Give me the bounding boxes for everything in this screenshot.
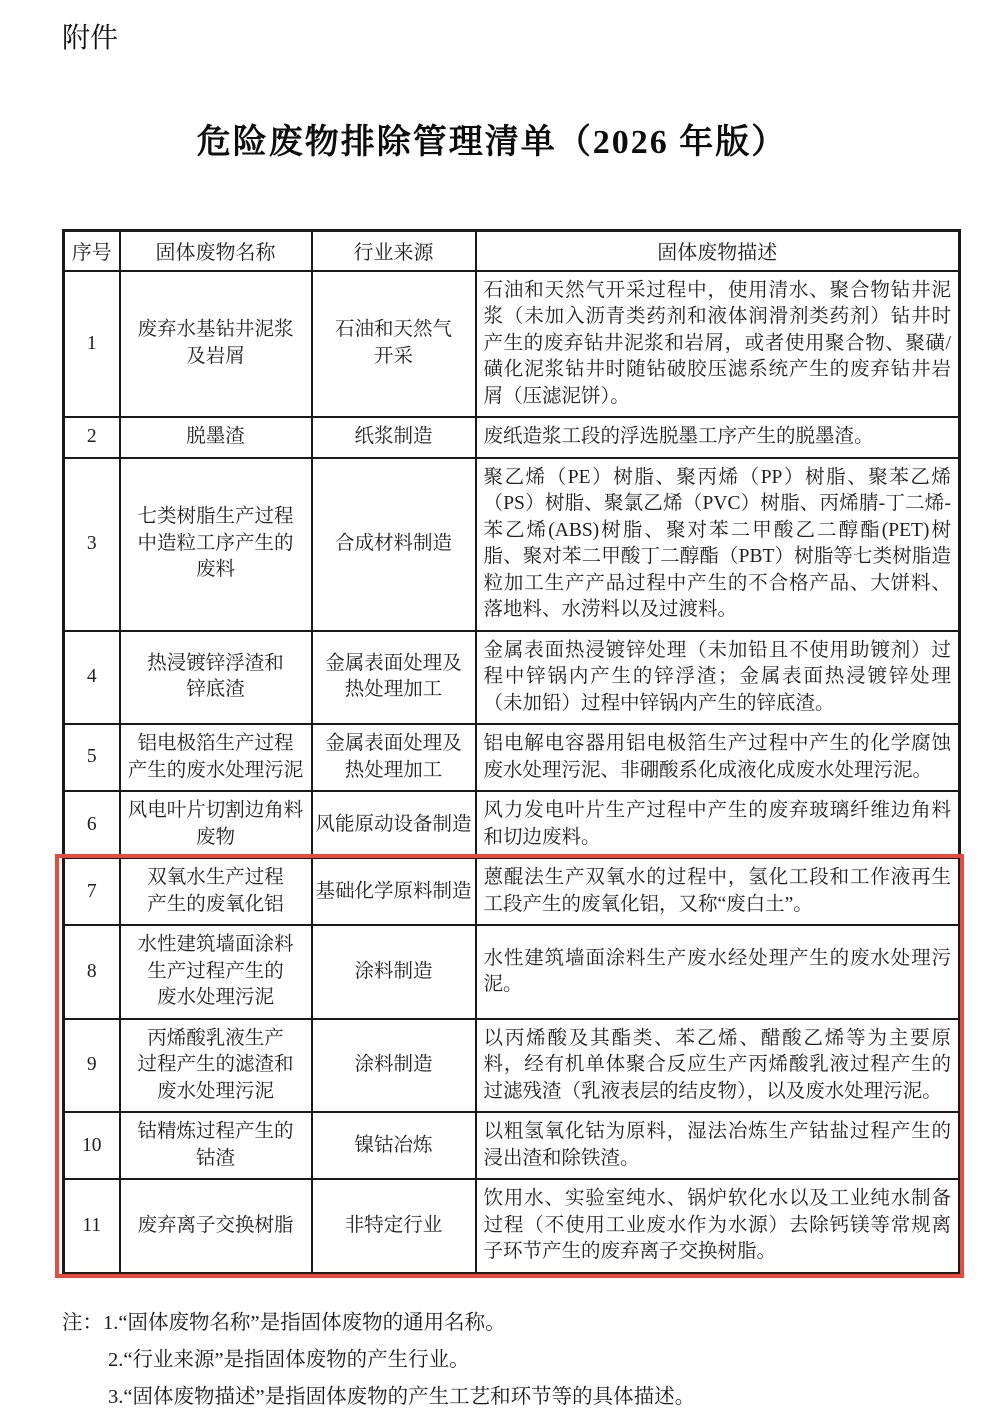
row-waste-description: 废纸造浆工段的浮选脱墨工序产生的脱墨渣。 [476,417,960,458]
row-industry-source: 合成材料制造 [312,458,476,631]
table-row: 4热浸镀锌浮渣和 锌底渣金属表面处理及 热处理加工金属表面热浸镀锌处理（未加铅且… [64,631,960,725]
row-waste-name: 风电叶片切割边角料 废物 [120,791,312,858]
waste-table-wrap: 序号 固体废物名称 行业来源 固体废物描述 1废弃水基钻井泥浆 及岩屑石油和天然… [62,229,958,1275]
table-body: 1废弃水基钻井泥浆 及岩屑石油和天然气 开采石油和天然气开采过程中，使用清水、聚… [64,271,960,1274]
table-row: 2脱墨渣纸浆制造废纸造浆工段的浮选脱墨工序产生的脱墨渣。 [64,417,960,458]
row-no: 6 [64,791,120,858]
row-waste-name: 水性建筑墙面涂料 生产过程产生的 废水处理污泥 [120,925,312,1019]
row-no: 1 [64,271,120,418]
row-no: 7 [64,858,120,925]
row-waste-name: 丙烯酸乳液生产 过程产生的滤渣和 废水处理污泥 [120,1019,312,1113]
note-line-2: 2.“行业来源”是指固体废物的产生行业。 [62,1342,942,1379]
row-waste-description: 饮用水、实验室纯水、锅炉软化水以及工业纯水制备过程（不使用工业废水作为水源）去除… [476,1179,960,1273]
row-waste-description: 金属表面热浸镀锌处理（未加铅且不使用助镀剂）过程中锌锅内产生的锌浮渣；金属表面热… [476,631,960,725]
row-industry-source: 风能原动设备制造 [312,791,476,858]
row-industry-source: 镍钴冶炼 [312,1112,476,1179]
row-no: 10 [64,1112,120,1179]
row-waste-description: 以粗氢氧化钴为原料，湿法冶炼生产钴盐过程产生的浸出渣和除铁渣。 [476,1112,960,1179]
table-row: 1废弃水基钻井泥浆 及岩屑石油和天然气 开采石油和天然气开采过程中，使用清水、聚… [64,271,960,418]
row-waste-name: 七类树脂生产过程 中造粒工序产生的 废料 [120,458,312,631]
row-waste-description: 石油和天然气开采过程中，使用清水、聚合物钻井泥浆（未加入沥青类药剂和液体润滑剂类… [476,271,960,418]
table-row: 5铝电极箔生产过程 产生的废水处理污泥金属表面处理及 热处理加工铝电解电容器用铝… [64,724,960,791]
table-row: 9丙烯酸乳液生产 过程产生的滤渣和 废水处理污泥涂料制造以丙烯酸及其酯类、苯乙烯… [64,1019,960,1113]
row-waste-description: 以丙烯酸及其酯类、苯乙烯、醋酸乙烯等为主要原料，经有机单体聚合反应生产丙烯酸乳液… [476,1019,960,1113]
note-label: 注： [62,1312,103,1334]
row-waste-name: 铝电极箔生产过程 产生的废水处理污泥 [120,724,312,791]
document-title: 危险废物排除管理清单（2026 年版） [0,114,984,163]
row-no: 8 [64,925,120,1019]
row-waste-name: 钴精炼过程产生的 钴渣 [120,1112,312,1179]
row-waste-name: 双氧水生产过程 产生的废氧化铝 [120,858,312,925]
row-waste-description: 蒽醌法生产双氧水的过程中，氢化工段和工作液再生工段产生的废氧化铝，又称“废白土”… [476,858,960,925]
waste-table: 序号 固体废物名称 行业来源 固体废物描述 1废弃水基钻井泥浆 及岩屑石油和天然… [62,229,961,1275]
notes-block: 注：1.“固体废物名称”是指固体废物的通用名称。 2.“行业来源”是指固体废物的… [62,1305,942,1416]
row-no: 2 [64,417,120,458]
table-row: 7双氧水生产过程 产生的废氧化铝基础化学原料制造蒽醌法生产双氧水的过程中，氢化工… [64,858,960,925]
header-industry-source: 行业来源 [312,231,476,271]
row-waste-description: 聚乙烯（PE）树脂、聚丙烯（PP）树脂、聚苯乙烯（PS）树脂、聚氯乙烯（PVC）… [476,458,960,631]
row-industry-source: 涂料制造 [312,925,476,1019]
document-page: 附件 危险废物排除管理清单（2026 年版） 序号 固体废物名称 行业来源 固体… [0,0,984,1416]
table-header-row: 序号 固体废物名称 行业来源 固体废物描述 [64,231,960,271]
row-waste-description: 铝电解电容器用铝电极箔生产过程中产生的化学腐蚀废水处理污泥、非硼酸系化成液化成废… [476,724,960,791]
note-line-1: 注：1.“固体废物名称”是指固体废物的通用名称。 [62,1305,942,1342]
row-no: 5 [64,724,120,791]
row-waste-name: 热浸镀锌浮渣和 锌底渣 [120,631,312,725]
table-row: 11废弃离子交换树脂非特定行业饮用水、实验室纯水、锅炉软化水以及工业纯水制备过程… [64,1179,960,1273]
table-row: 10钴精炼过程产生的 钴渣镍钴冶炼以粗氢氧化钴为原料，湿法冶炼生产钴盐过程产生的… [64,1112,960,1179]
row-waste-name: 废弃离子交换树脂 [120,1179,312,1273]
row-no: 4 [64,631,120,725]
row-waste-name: 脱墨渣 [120,417,312,458]
row-waste-description: 风力发电叶片生产过程中产生的废弃玻璃纤维边角料和切边废料。 [476,791,960,858]
header-waste-description: 固体废物描述 [476,231,960,271]
header-waste-name: 固体废物名称 [120,231,312,271]
row-industry-source: 纸浆制造 [312,417,476,458]
table-row: 6风电叶片切割边角料 废物风能原动设备制造风力发电叶片生产过程中产生的废弃玻璃纤… [64,791,960,858]
row-no: 11 [64,1179,120,1273]
header-no: 序号 [64,231,120,271]
table-row: 3七类树脂生产过程 中造粒工序产生的 废料合成材料制造聚乙烯（PE）树脂、聚丙烯… [64,458,960,631]
attachment-label: 附件 [62,0,984,56]
row-no: 9 [64,1019,120,1113]
row-industry-source: 石油和天然气 开采 [312,271,476,418]
row-waste-name: 废弃水基钻井泥浆 及岩屑 [120,271,312,418]
row-industry-source: 基础化学原料制造 [312,858,476,925]
row-industry-source: 非特定行业 [312,1179,476,1273]
row-no: 3 [64,458,120,631]
table-row: 8水性建筑墙面涂料 生产过程产生的 废水处理污泥涂料制造水性建筑墙面涂料生产废水… [64,925,960,1019]
row-waste-description: 水性建筑墙面涂料生产废水经处理产生的废水处理污泥。 [476,925,960,1019]
note-line-3: 3.“固体废物描述”是指固体废物的产生工艺和环节等的具体描述。 [62,1379,942,1416]
row-industry-source: 涂料制造 [312,1019,476,1113]
row-industry-source: 金属表面处理及 热处理加工 [312,631,476,725]
row-industry-source: 金属表面处理及 热处理加工 [312,724,476,791]
note-item-1: 1.“固体废物名称”是指固体废物的通用名称。 [103,1312,506,1334]
